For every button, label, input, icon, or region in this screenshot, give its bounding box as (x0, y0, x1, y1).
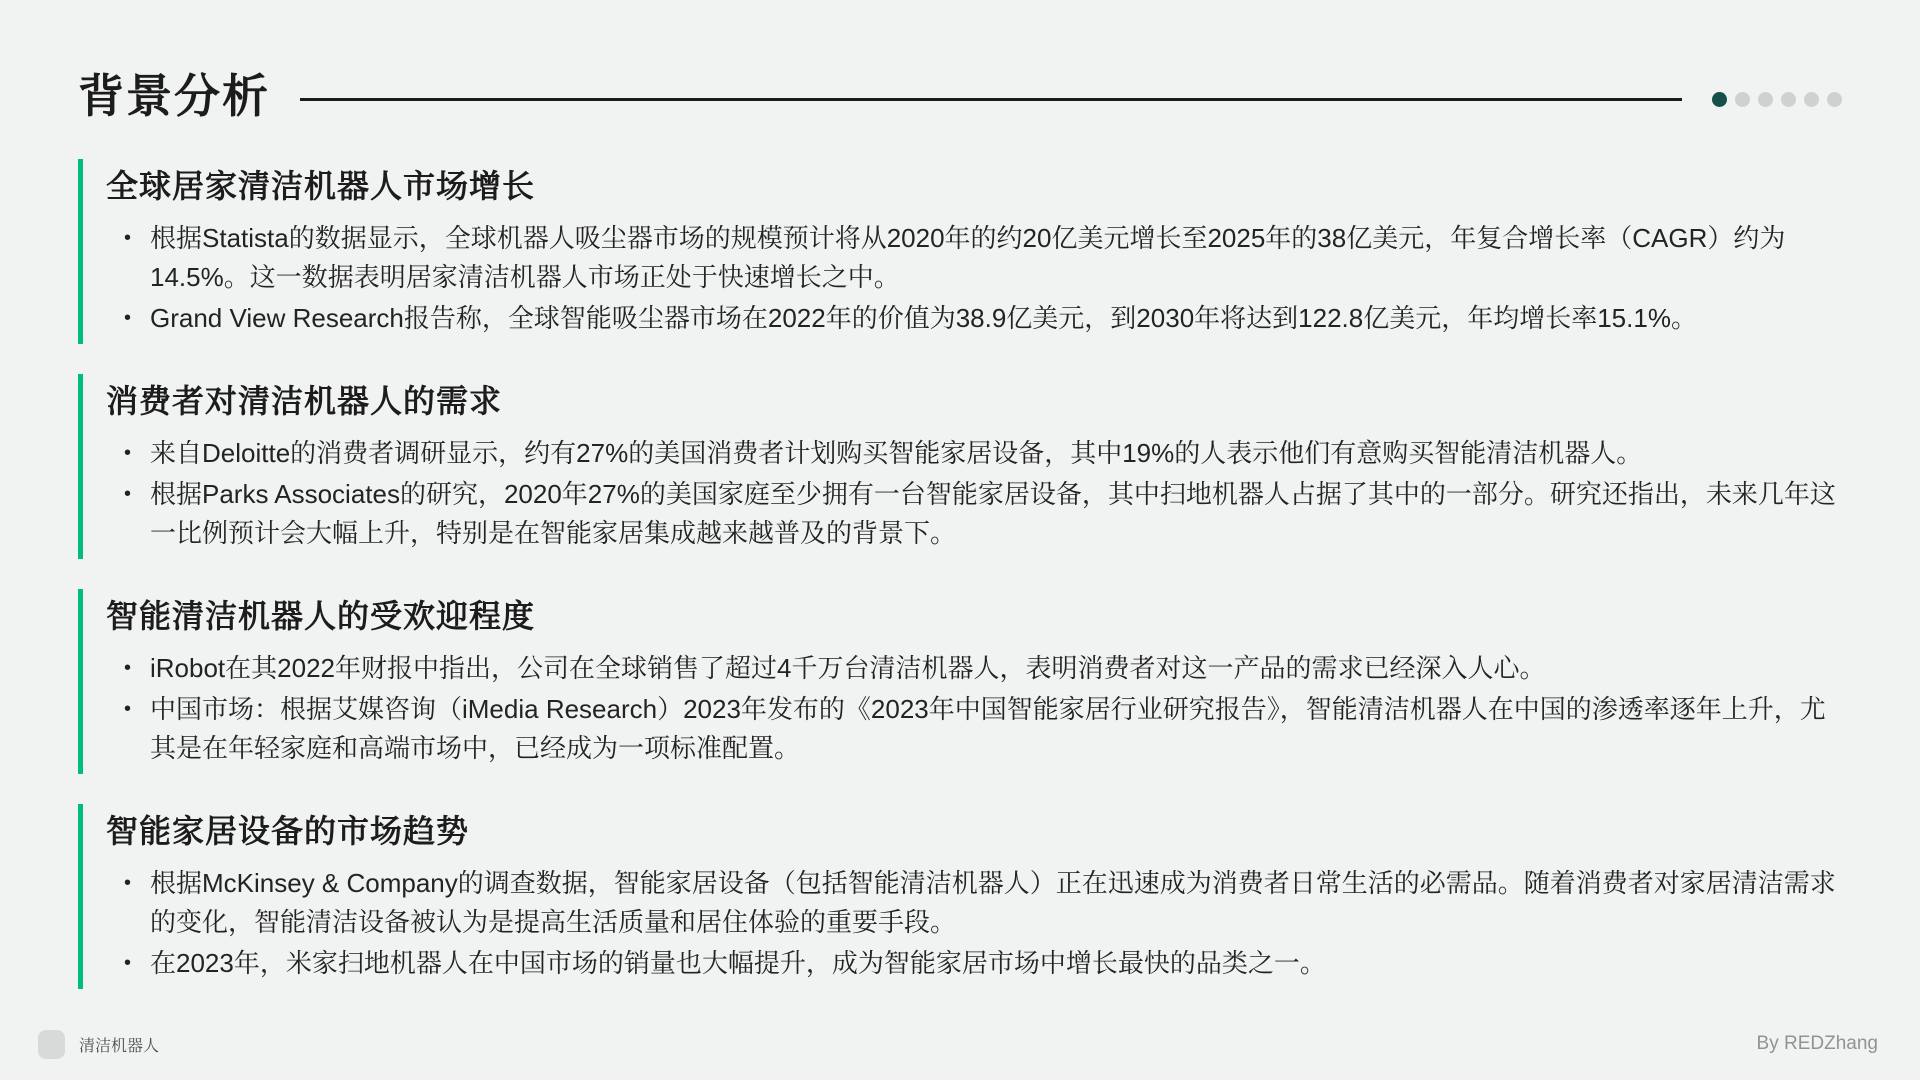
bullet-marker: • (124, 475, 131, 514)
bullet-item: • 根据Parks Associates的研究，2020年27%的美国家庭至少拥… (106, 475, 1836, 553)
pagination-dot-2[interactable] (1735, 92, 1750, 107)
bullet-item: • 根据Statista的数据显示，全球机器人吸尘器市场的规模预计将从2020年… (106, 219, 1836, 297)
pagination-dot-5[interactable] (1804, 92, 1819, 107)
section-popularity: 智能清洁机器人的受欢迎程度 • iRobot在其2022年财报中指出，公司在全球… (78, 589, 1842, 774)
bullet-text: 中国市场：根据艾媒咨询（iMedia Research）2023年发布的《202… (150, 694, 1826, 763)
sections: 全球居家清洁机器人市场增长 • 根据Statista的数据显示，全球机器人吸尘器… (78, 159, 1842, 989)
bullet-marker: • (124, 864, 131, 903)
bullet-text: 来自Deloitte的消费者调研显示，约有27%的美国消费者计划购买智能家居设备… (150, 438, 1642, 468)
bullet-item: • 来自Deloitte的消费者调研显示，约有27%的美国消费者计划购买智能家居… (106, 434, 1836, 473)
bullet-list: • 根据Statista的数据显示，全球机器人吸尘器市场的规模预计将从2020年… (106, 219, 1842, 338)
bullet-text: 根据McKinsey & Company的调查数据，智能家居设备（包括智能清洁机… (150, 868, 1836, 937)
pagination-dot-1[interactable] (1712, 92, 1727, 107)
section-heading: 消费者对清洁机器人的需求 (106, 376, 1842, 422)
bullet-text: 在2023年，米家扫地机器人在中国市场的销量也大幅提升，成为智能家居市场中增长最… (150, 948, 1326, 978)
bullet-text: iRobot在其2022年财报中指出，公司在全球销售了超过4千万台清洁机器人，表… (150, 653, 1545, 683)
bullet-item: • 根据McKinsey & Company的调查数据，智能家居设备（包括智能清… (106, 864, 1836, 942)
bullet-item: • 中国市场：根据艾媒咨询（iMedia Research）2023年发布的《2… (106, 690, 1836, 768)
brand-label: 清洁机器人 (79, 1033, 159, 1056)
bullet-marker: • (124, 649, 131, 688)
section-heading: 全球居家清洁机器人市场增长 (106, 161, 1842, 207)
page-title: 背景分析 (78, 70, 270, 123)
footer: 清洁机器人 By REDZhang (0, 1008, 1920, 1080)
section-heading: 智能家居设备的市场趋势 (106, 806, 1842, 852)
bullet-marker: • (124, 690, 131, 729)
bullet-list: • 根据McKinsey & Company的调查数据，智能家居设备（包括智能清… (106, 864, 1842, 983)
pagination (1712, 92, 1842, 107)
bullet-list: • iRobot在其2022年财报中指出，公司在全球销售了超过4千万台清洁机器人… (106, 649, 1842, 768)
bullet-item: • iRobot在其2022年财报中指出，公司在全球销售了超过4千万台清洁机器人… (106, 649, 1836, 688)
bullet-list: • 来自Deloitte的消费者调研显示，约有27%的美国消费者计划购买智能家居… (106, 434, 1842, 553)
bullet-marker: • (124, 219, 131, 258)
bullet-text: 根据Statista的数据显示，全球机器人吸尘器市场的规模预计将从2020年的约… (150, 223, 1785, 292)
bullet-item: • Grand View Research报告称，全球智能吸尘器市场在2022年… (106, 299, 1836, 338)
bullet-marker: • (124, 944, 131, 983)
bullet-text: Grand View Research报告称，全球智能吸尘器市场在2022年的价… (150, 303, 1697, 333)
author-credit: By REDZhang (1757, 1033, 1878, 1055)
pagination-dot-3[interactable] (1758, 92, 1773, 107)
slide: 背景分析 全球居家清洁机器人市场增长 • 根据Statista的数据显示，全球机… (0, 0, 1920, 1080)
bullet-text: 根据Parks Associates的研究，2020年27%的美国家庭至少拥有一… (150, 479, 1836, 548)
brand: 清洁机器人 (38, 1030, 159, 1059)
bullet-marker: • (124, 434, 131, 473)
section-market-growth: 全球居家清洁机器人市场增长 • 根据Statista的数据显示，全球机器人吸尘器… (78, 159, 1842, 344)
brand-logo-icon (38, 1030, 65, 1059)
pagination-dot-4[interactable] (1781, 92, 1796, 107)
section-consumer-demand: 消费者对清洁机器人的需求 • 来自Deloitte的消费者调研显示，约有27%的… (78, 374, 1842, 559)
section-heading: 智能清洁机器人的受欢迎程度 (106, 591, 1842, 637)
pagination-dot-6[interactable] (1827, 92, 1842, 107)
title-row: 背景分析 (78, 70, 1842, 123)
section-smart-home-trends: 智能家居设备的市场趋势 • 根据McKinsey & Company的调查数据，… (78, 804, 1842, 989)
bullet-item: • 在2023年，米家扫地机器人在中国市场的销量也大幅提升，成为智能家居市场中增… (106, 944, 1836, 983)
title-rule-divider (300, 98, 1682, 101)
bullet-marker: • (124, 299, 131, 338)
